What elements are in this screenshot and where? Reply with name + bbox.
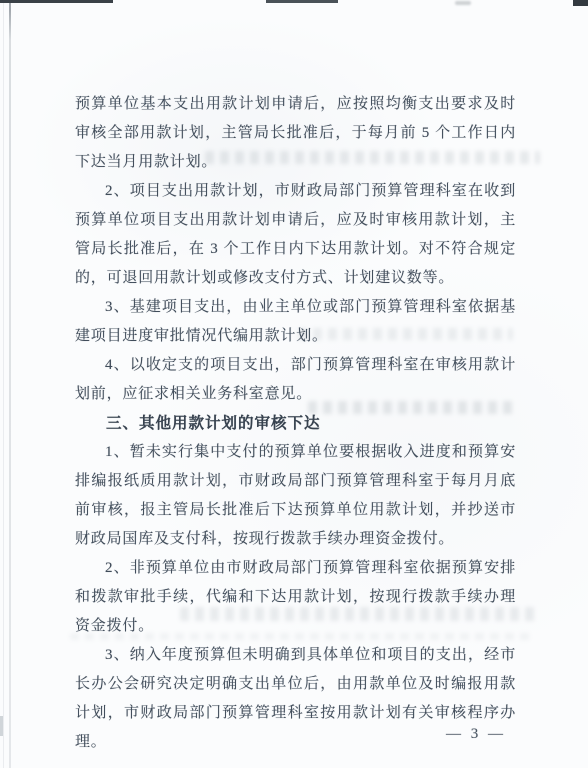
paragraph-item-3: 3、基建项目支出，由业主单位或部门预算管理科室依据基建项目进度审批情况代编用款计… [75,293,516,351]
scan-edge-left-line-2 [3,0,4,768]
paragraph-continuation: 预算单位基本支出用款计划申请后，应按照均衡支出要求及时审核全部用款计划，主管局长… [75,90,516,177]
scan-edge-top-mark [266,0,338,3]
paragraph-section3-item-2: 2、非预算单位由市财政局部门预算管理科室依据预算安排和拨款审批手续，代编和下达用… [75,554,516,641]
scan-edge-left-line [9,0,11,768]
scan-edge-bottom-left-mark [0,716,3,736]
paragraph-item-4: 4、以收定支的项目支出，部门预算管理科室在审核用款计划前，应征求相关业务科室意见… [75,351,516,409]
scanned-document-page: 预算单位基本支出用款计划申请后，应按照均衡支出要求及时审核全部用款计划，主管局长… [0,0,588,768]
paragraph-section3-item-1: 1、暂未实行集中支付的预算单位要根据收入进度和预算安排编报纸质用款计划，市财政局… [75,438,516,554]
document-body: 预算单位基本支出用款计划申请后，应按照均衡支出要求及时审核全部用款计划，主管局长… [75,90,516,757]
scan-smudge [455,1,471,5]
scan-edge-top-right-mark [573,0,588,6]
scan-edge-top-mark [0,0,113,3]
section-heading-3: 三、其他用款计划的审核下达 [75,409,516,438]
paragraph-item-2: 2、项目支出用款计划，市财政局部门预算管理科室在收到预算单位项目支出用款计划申请… [75,177,516,293]
page-number: — 3 — [75,726,516,743]
